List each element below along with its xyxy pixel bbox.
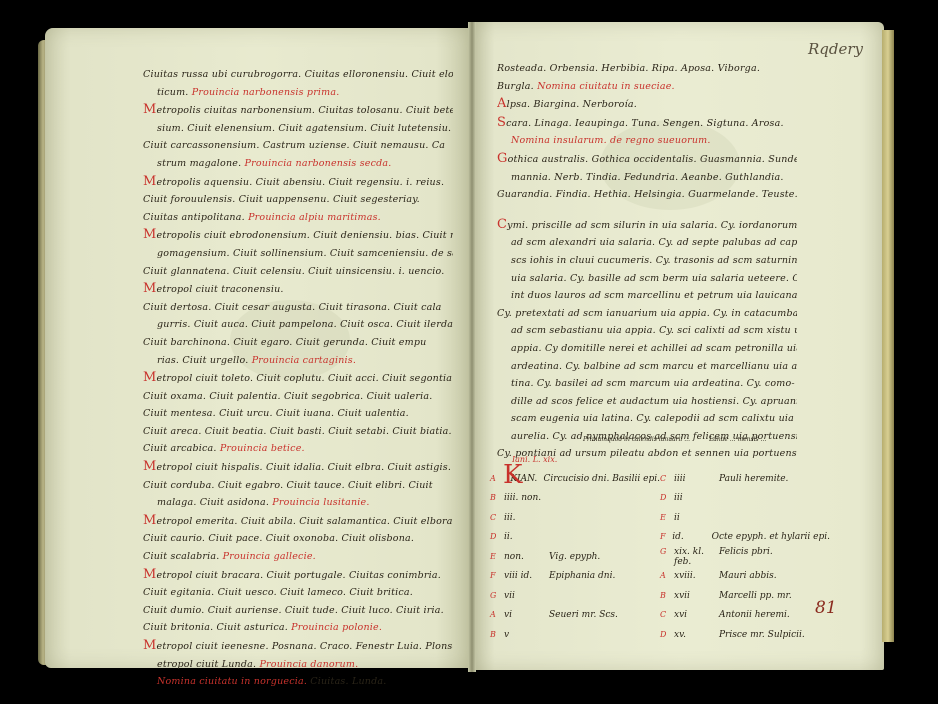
rubric-heading: Nomina ciuitatu in sueciae. xyxy=(534,81,675,92)
roman-date: iii xyxy=(674,493,719,503)
line-text: Ciuit carcassonensium. Castrum uziense. … xyxy=(143,140,445,151)
rubricated-initial: M xyxy=(143,513,157,528)
line-text: Ciuit caurio. Ciuit pace. Ciuit oxonoba.… xyxy=(143,533,414,544)
line-text: etropolis aquensiu. Ciuit abensiu. Ciuit… xyxy=(157,177,445,188)
manuscript-line: ticum. Prouincia narbonensis prima. xyxy=(143,84,453,102)
line-text: etropolis ciuit ebrodonensium. Ciuit den… xyxy=(157,230,453,241)
manuscript-line: Cymi. priscille ad scm silurin in uia sa… xyxy=(497,216,797,235)
dominical-letter: G xyxy=(660,547,674,567)
manuscript-line: ardeatina. Cy. balbine ad scm marcu et m… xyxy=(497,358,797,376)
roman-date: xv. xyxy=(674,630,719,640)
line-text: appia. Cy domitille nerei et achillei ad… xyxy=(511,343,797,354)
manuscript-line: Nomina ciuitatu in norguecia. Ciuitas. L… xyxy=(143,673,453,691)
calendar-left-column: Fviii id.Epiphania dni. xyxy=(490,571,660,581)
dominical-letter: B xyxy=(660,591,674,601)
manuscript-line: Ciuitas antipolitana. Prouincia alpiu ma… xyxy=(143,209,453,227)
manuscript-line: Ciuit oxama. Ciuit palentia. Ciuit segob… xyxy=(143,388,453,406)
feast-entry: Circucisio dni. Basilii epi. xyxy=(543,474,660,484)
line-text: etropol ciuit ieenesne. Posnana. Craco. … xyxy=(157,641,453,652)
manuscript-line: Ciuit forouulensis. Ciuit uappensenu. Ci… xyxy=(143,191,453,209)
manuscript-line: ad scm sebastianu uia appia. Cy. sci cal… xyxy=(497,322,797,340)
dominical-letter: A xyxy=(490,610,504,620)
rubricated-initial: M xyxy=(143,102,157,117)
manuscript-line: gurris. Ciuit auca. Ciuit pampelona. Ciu… xyxy=(143,316,453,334)
calendar-right-column: BxviiMarcelli pp. mr. xyxy=(660,591,830,601)
rubric-heading: Nomina insularum. de regno sueuorum. xyxy=(511,135,711,146)
rubricated-initial: M xyxy=(143,174,157,189)
line-text: mannia. Nerb. Tindia. Fedundria. Aeanbe.… xyxy=(511,172,784,183)
roman-date: iiii xyxy=(674,474,719,484)
calendar-left-column: Bv xyxy=(490,630,660,640)
line-text: Guarandia. Findia. Hethia. Helsingia. Gu… xyxy=(497,189,797,200)
rubricated-initial: M xyxy=(143,638,157,653)
line-text: gurris. Ciuit auca. Ciuit pampelona. Ciu… xyxy=(157,319,453,330)
manuscript-line: Ciuitas russa ubi curubrogorra. Ciuitas … xyxy=(143,66,453,84)
line-text: Ciuit mentesa. Ciuit urcu. Ciuit iuana. … xyxy=(143,408,409,419)
line-text: Ciuit egitania. Ciuit uesco. Ciuit lamec… xyxy=(143,587,413,598)
dominical-letter: C xyxy=(490,513,504,523)
calendar-row: BvDxv.Prisce mr. Sulpicii. xyxy=(490,625,830,645)
feast-entry xyxy=(719,493,830,503)
dominical-letter: F xyxy=(660,532,672,542)
dominical-letter: F xyxy=(490,571,504,581)
manuscript-line: tina. Cy. basilei ad scm marcum uia arde… xyxy=(497,375,797,393)
feast-entry: Prisce mr. Sulpicii. xyxy=(719,630,830,640)
line-text: dille ad scos felice et audactum uia hos… xyxy=(511,396,797,407)
feast-entry xyxy=(549,532,660,542)
calendar-header-left: Primumquod in calendis ianuarii ... xyxy=(583,436,690,443)
roman-date: viii id. xyxy=(504,571,549,581)
dominical-letter: B xyxy=(490,630,504,640)
line-text: Ciuit oxama. Ciuit palentia. Ciuit segob… xyxy=(143,391,432,402)
feast-entry xyxy=(719,513,830,523)
feast-entry: Pauli heremite. xyxy=(719,474,830,484)
calendar-header-right: Lunae ... mensis ... xyxy=(709,436,766,443)
rubric-heading: Prouincia polonie. xyxy=(288,622,382,633)
marginal-gloss: Rqdery xyxy=(808,40,863,58)
rubric-heading: Prouincia betice. xyxy=(217,443,305,454)
roman-date: iiii. non. xyxy=(504,493,549,503)
line-text: etropolis ciuitas narbonensium. Ciuitas … xyxy=(157,105,453,116)
calendar-right-column: Dxv.Prisce mr. Sulpicii. xyxy=(660,630,830,640)
rubric-heading: Prouincia lusitanie. xyxy=(269,497,370,508)
right-page-edges xyxy=(882,30,894,642)
line-text: Ciuitas antipolitana. xyxy=(143,212,245,223)
roman-date: ii xyxy=(674,513,719,523)
line-text: etropol ciuit bracara. Ciuit portugale. … xyxy=(157,570,441,581)
calendar-right-column: CxviAntonii heremi. xyxy=(660,610,830,620)
line-text: ardeatina. Cy. balbine ad scm marcu et m… xyxy=(511,361,797,372)
calendar-row: Dii.Fid.Octe epyph. et hylarii epi. xyxy=(490,528,830,548)
line-text: Ciuitas. Lunda. xyxy=(310,676,386,687)
calendar-left-column: AviSeueri mr. Scs. xyxy=(490,610,660,620)
line-text: ymi. priscille ad scm silurin in uia sal… xyxy=(507,220,797,231)
feast-entry: Antonii heremi. xyxy=(719,610,830,620)
manuscript-line: Ciuit scalabria. Prouincia gallecie. xyxy=(143,548,453,566)
manuscript-line: rias. Ciuit urgello. Prouincia cartagini… xyxy=(143,352,453,370)
calendar-header: Primumquod in calendis ianuarii ... Luna… xyxy=(583,436,766,443)
roman-date: vii xyxy=(504,591,549,601)
line-text: etropol ciuit toleto. Ciuit coplutu. Ciu… xyxy=(157,373,453,384)
manuscript-line: int duos lauros ad scm marcellinu et pet… xyxy=(497,287,797,305)
line-text: Ciuit arcabica. xyxy=(143,443,217,454)
feast-entry: Seueri mr. Scs. xyxy=(549,610,660,620)
manuscript-line: Metropol ciuit toleto. Ciuit coplutu. Ci… xyxy=(143,369,453,388)
manuscript-line: Burgla. Nomina ciuitatu in sueciae. xyxy=(497,78,797,96)
line-text: int duos lauros ad scm marcellinu et pet… xyxy=(511,290,797,301)
line-text: othica australis. Gothica occidentalis. … xyxy=(508,154,797,165)
manuscript-line: mannia. Nerb. Tindia. Fedundria. Aeanbe.… xyxy=(497,169,797,187)
manuscript-line: strum magalone. Prouincia narbonensis se… xyxy=(143,155,453,173)
dominical-letter: G xyxy=(490,591,504,601)
calendar-right-column: CiiiiPauli heremite. xyxy=(660,474,830,484)
roman-date: id. xyxy=(672,532,711,542)
manuscript-line: Guarandia. Findia. Hethia. Helsingia. Gu… xyxy=(497,186,797,204)
dominical-letter: D xyxy=(660,630,674,640)
line-text: gomagensium. Ciuit sollinensium. Ciuit s… xyxy=(157,248,453,259)
calendar-row: GviiBxviiMarcelli pp. mr. xyxy=(490,586,830,606)
rubricated-initial: M xyxy=(143,370,157,385)
line-text: ticum. xyxy=(157,87,189,98)
manuscript-line: Metropol ciuit ieenesne. Posnana. Craco.… xyxy=(143,637,453,656)
feast-entry: Octe epyph. et hylarii epi. xyxy=(712,532,830,542)
roman-date: vi xyxy=(504,610,549,620)
manuscript-line: Metropolis aquensiu. Ciuit abensiu. Ciui… xyxy=(143,173,453,192)
manuscript-line: Metropol ciuit bracara. Ciuit portugale.… xyxy=(143,566,453,585)
calendar-left-column: Dii. xyxy=(490,532,660,542)
roman-date: v xyxy=(504,630,549,640)
dominical-letter: A xyxy=(490,474,500,484)
calendar-right-column: Axviii.Mauri abbis. xyxy=(660,571,830,581)
calendar-right-column: Diii xyxy=(660,493,830,503)
manuscript-line: Gothica australis. Gothica occidentalis.… xyxy=(497,150,797,169)
line-text: lpsa. Biargina. Nerboroía. xyxy=(507,99,637,110)
manuscript-line: dille ad scos felice et audactum uia hos… xyxy=(497,393,797,411)
calendar-row: Enon.Vig. epyph.Gxix. kl. feb.Felicis pb… xyxy=(490,547,830,567)
rubricated-initial: G xyxy=(497,151,508,166)
feast-entry: Epiphania dni. xyxy=(549,571,660,581)
manuscript-line: Ciuit mentesa. Ciuit urcu. Ciuit iuana. … xyxy=(143,405,453,423)
dominical-letter: C xyxy=(660,474,674,484)
calendar-right-column: Fid.Octe epyph. et hylarii epi. xyxy=(660,532,830,542)
january-calendar: Iani. L. xix. AKIAN.Circucisio dni. Basi… xyxy=(490,455,830,645)
manuscript-line: ad scm alexandri uia salaria. Cy. ad sep… xyxy=(497,234,797,252)
calendar-left-column: Ciii. xyxy=(490,513,660,523)
line-text: rias. Ciuit urgello. xyxy=(157,355,248,366)
manuscript-line: sium. Ciuit elenensium. Ciuit agatensium… xyxy=(143,120,453,138)
roman-date: xix. kl. feb. xyxy=(674,547,719,567)
manuscript-line: Ciuit barchinona. Ciuit egaro. Ciuit ger… xyxy=(143,334,453,352)
manuscript-line: Metropol ciuit hispalis. Ciuit idalia. C… xyxy=(143,458,453,477)
line-text: Ciuit britonia. Ciuit asturica. xyxy=(143,622,288,633)
manuscript-line: Metropolis ciuitas narbonensium. Ciuitas… xyxy=(143,101,453,120)
line-text: strum magalone. xyxy=(157,158,241,169)
dominical-letter: E xyxy=(660,513,674,523)
kl-initial: K xyxy=(503,462,522,488)
manuscript-line: Ciuit dertosa. Ciuit cesar augusta. Ciui… xyxy=(143,299,453,317)
manuscript-line: Ciuit areca. Ciuit beatia. Ciuit basti. … xyxy=(143,423,453,441)
line-text: Ciuitas russa ubi curubrogorra. Ciuitas … xyxy=(143,69,453,80)
line-text: sium. Ciuit elenensium. Ciuit agatensium… xyxy=(157,123,451,134)
line-text: uia salaria. Cy. basille ad scm berm uia… xyxy=(511,273,797,284)
calendar-right-column: Gxix. kl. feb.Felicis pbri. xyxy=(660,547,830,567)
calendar-row: Fviii id.Epiphania dni.Axviii.Mauri abbi… xyxy=(490,567,830,587)
folio-number: 81 xyxy=(815,598,837,618)
line-text: Ciuit corduba. Ciuit egabro. Ciuit tauce… xyxy=(143,480,433,491)
rubric-heading: Prouincia narbonensis secda. xyxy=(241,158,391,169)
manuscript-line: malaga. Ciuit asidona. Prouincia lusitan… xyxy=(143,494,453,512)
book-gutter xyxy=(468,22,476,672)
rubric-heading: Prouincia cartaginis. xyxy=(248,355,356,366)
calendar-left-column: Enon.Vig. epyph. xyxy=(490,552,660,562)
line-text: scs iohis in cluui cucumeris. Cy. trason… xyxy=(511,255,797,266)
line-text: etropol ciuit traconensiu. xyxy=(157,284,284,295)
right-page-text: Rosteada. Orbensia. Herbibia. Ripa. Apos… xyxy=(497,60,797,463)
roman-date: ii. xyxy=(504,532,549,542)
rubricated-initial: M xyxy=(143,567,157,582)
section-gap xyxy=(497,204,797,216)
open-manuscript: Ciuitas russa ubi curubrogorra. Ciuitas … xyxy=(0,0,938,704)
rubricated-initial: M xyxy=(143,227,157,242)
rubricated-initial: C xyxy=(497,217,507,232)
manuscript-line: Nomina insularum. de regno sueuorum. xyxy=(497,132,797,150)
manuscript-line: scam eugenia uia latina. Cy. calepodii a… xyxy=(497,410,797,428)
feast-entry xyxy=(549,513,660,523)
line-text: Rosteada. Orbensia. Herbibia. Ripa. Apos… xyxy=(497,63,760,74)
manuscript-line: Rosteada. Orbensia. Herbibia. Ripa. Apos… xyxy=(497,60,797,78)
line-text: etropol ciuit hispalis. Ciuit idalia. Ci… xyxy=(157,462,452,473)
manuscript-line: Metropol ciuit traconensiu. xyxy=(143,280,453,299)
line-text: ad scm sebastianu uia appia. Cy. sci cal… xyxy=(511,325,797,336)
line-text: Ciuit glannatena. Ciuit celensiu. Ciuit … xyxy=(143,266,444,277)
line-text: malaga. Ciuit asidona. xyxy=(157,497,269,508)
calendar-left-column: Biiii. non. xyxy=(490,493,660,503)
roman-date: xvii xyxy=(674,591,719,601)
calendar-row: AKIAN.Circucisio dni. Basilii epi.CiiiiP… xyxy=(490,469,830,489)
manuscript-line: Alpsa. Biargina. Nerboroía. xyxy=(497,95,797,114)
manuscript-line: uia salaria. Cy. basille ad scm berm uia… xyxy=(497,270,797,288)
rubric-heading: Prouincia narbonensis prima. xyxy=(189,87,340,98)
manuscript-line: Cy. pretextati ad scm ianuarium uia appi… xyxy=(497,305,797,323)
line-text: Ciuit dertosa. Ciuit cesar augusta. Ciui… xyxy=(143,302,442,313)
rubricated-initial: A xyxy=(497,96,507,111)
roman-date: xvi xyxy=(674,610,719,620)
line-text: Ciuit forouulensis. Ciuit uappensenu. Ci… xyxy=(143,194,420,205)
rubric-heading: Nomina ciuitatu in norguecia. xyxy=(157,676,310,687)
line-text: tina. Cy. basilei ad scm marcum uia arde… xyxy=(511,378,795,389)
manuscript-line: Scara. Linaga. Ieaupinga. Tuna. Sengen. … xyxy=(497,114,797,133)
manuscript-line: etropol ciuit Lunda. Prouincia danorum. xyxy=(143,656,453,674)
roman-date: xviii. xyxy=(674,571,719,581)
manuscript-line: Ciuit glannatena. Ciuit celensiu. Ciuit … xyxy=(143,263,453,281)
manuscript-line: Metropolis ciuit ebrodonensium. Ciuit de… xyxy=(143,226,453,245)
manuscript-line: appia. Cy domitille nerei et achillei ad… xyxy=(497,340,797,358)
rubric-heading: Prouincia danorum. xyxy=(256,659,358,670)
manuscript-line: Ciuit arcabica. Prouincia betice. xyxy=(143,440,453,458)
dominical-letter: B xyxy=(490,493,504,503)
dominical-letter: E xyxy=(490,552,504,562)
manuscript-line: Ciuit dumio. Ciuit auriense. Ciuit tude.… xyxy=(143,602,453,620)
manuscript-line: Ciuit caurio. Ciuit pace. Ciuit oxonoba.… xyxy=(143,530,453,548)
feast-entry xyxy=(549,591,660,601)
line-text: etropol emerita. Ciuit abila. Ciuit sala… xyxy=(157,516,453,527)
feast-entry xyxy=(549,493,660,503)
manuscript-line: Metropol emerita. Ciuit abila. Ciuit sal… xyxy=(143,512,453,531)
line-text: Cy. pretextati ad scm ianuarium uia appi… xyxy=(497,308,797,319)
manuscript-line: Ciuit britonia. Ciuit asturica. Prouinci… xyxy=(143,619,453,637)
feast-entry: Mauri abbis. xyxy=(719,571,830,581)
line-text: Ciuit dumio. Ciuit auriense. Ciuit tude.… xyxy=(143,605,444,616)
line-text: etropol ciuit Lunda. xyxy=(157,659,256,670)
rubricated-initial: S xyxy=(497,115,506,130)
line-text: Ciuit barchinona. Ciuit egaro. Ciuit ger… xyxy=(143,337,426,348)
line-text: scam eugenia uia latina. Cy. calepodii a… xyxy=(511,413,794,424)
manuscript-line: Ciuit egitania. Ciuit uesco. Ciuit lamec… xyxy=(143,584,453,602)
manuscript-line: gomagensium. Ciuit sollinensium. Ciuit s… xyxy=(143,245,453,263)
calendar-month-line: Iani. L. xix. xyxy=(490,455,830,469)
rubric-heading: Prouincia gallecie. xyxy=(219,551,315,562)
manuscript-line: Ciuit corduba. Ciuit egabro. Ciuit tauce… xyxy=(143,477,453,495)
line-text: Ciuit scalabria. xyxy=(143,551,219,562)
roman-date: non. xyxy=(504,552,549,562)
feast-entry: Felicis pbri. xyxy=(719,547,830,567)
rubricated-initial: M xyxy=(143,281,157,296)
left-page-text: Ciuitas russa ubi curubrogorra. Ciuitas … xyxy=(143,66,453,691)
dominical-letter: C xyxy=(660,610,674,620)
dominical-letter: D xyxy=(490,532,504,542)
roman-date: iii. xyxy=(504,513,549,523)
line-text: ad scm alexandri uia salaria. Cy. ad sep… xyxy=(511,237,797,248)
calendar-left-column: Gvii xyxy=(490,591,660,601)
rubric-heading: Prouincia alpiu maritimas. xyxy=(245,212,381,223)
line-text: Burgla. xyxy=(497,81,534,92)
line-text: cara. Linaga. Ieaupinga. Tuna. Sengen. S… xyxy=(506,118,784,129)
dominical-letter: A xyxy=(660,571,674,581)
manuscript-line: scs iohis in cluui cucumeris. Cy. trason… xyxy=(497,252,797,270)
rubricated-initial: M xyxy=(143,459,157,474)
calendar-right-column: Eii xyxy=(660,513,830,523)
dominical-letter: D xyxy=(660,493,674,503)
calendar-row: AviSeueri mr. Scs.CxviAntonii heremi. xyxy=(490,606,830,626)
feast-entry xyxy=(549,630,660,640)
calendar-row: Biiii. non.Diii xyxy=(490,489,830,509)
line-text: Ciuit areca. Ciuit beatia. Ciuit basti. … xyxy=(143,426,452,437)
calendar-row: Ciii.Eii xyxy=(490,508,830,528)
feast-entry: Vig. epyph. xyxy=(549,552,660,562)
feast-entry: Marcelli pp. mr. xyxy=(719,591,830,601)
manuscript-line: Ciuit carcassonensium. Castrum uziense. … xyxy=(143,137,453,155)
